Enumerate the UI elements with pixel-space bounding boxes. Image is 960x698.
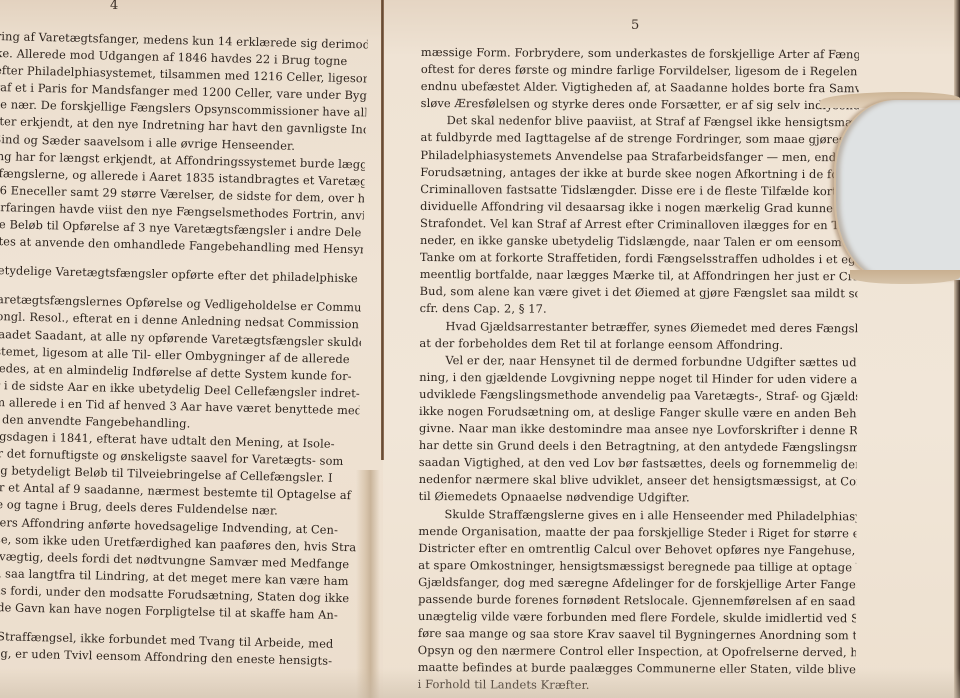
text-line: mende Organisation, maatte der paa forsk… bbox=[418, 523, 856, 542]
right-page-text: mæssige Form. Forbrydere, som underkaste… bbox=[418, 44, 859, 696]
text-line: at der forbeholdes dem Ret til at forlan… bbox=[419, 335, 857, 354]
text-line: dividuelle Affondring vil desaarsag ikke… bbox=[420, 198, 858, 217]
text-line: at fuldbyrde med Iagttagelse af de stren… bbox=[420, 129, 858, 148]
text-line: ning, i den gjældende Lovgivning neppe n… bbox=[419, 369, 857, 388]
text-line: Criminalloven fastsatte Tidslængder. Dis… bbox=[420, 181, 858, 200]
text-line: cfr. dens Cap. 2, § 17. bbox=[420, 300, 858, 319]
book-spread: 4 ring af Varetægtsfanger, medens kun 14… bbox=[0, 0, 960, 698]
text-line: Districter efter en omtrentlig Calcul ov… bbox=[418, 540, 856, 559]
text-line: Philadelphiasystemets Anvendelse paa Str… bbox=[420, 147, 858, 166]
bottom-shadow bbox=[0, 668, 960, 698]
torn-spine-edge bbox=[356, 470, 380, 698]
page-number-left: 4 bbox=[110, 0, 118, 13]
text-line: Skulde Straffængslerne gives en i alle H… bbox=[418, 506, 856, 525]
torn-paper-hole bbox=[836, 100, 960, 280]
text-line: Forudsætning, antages der ikke at burde … bbox=[420, 164, 858, 183]
left-page: 4 ring af Varetægtsfanger, medens kun 14… bbox=[0, 0, 383, 698]
spine-gutter bbox=[381, 0, 384, 460]
page-number-right: 5 bbox=[631, 18, 639, 33]
left-page-text: ring af Varetægtsfanger, medens kun 14 e… bbox=[0, 28, 368, 671]
text-line: til Øiemedets Opnaaelse nødvendige Udgif… bbox=[419, 488, 857, 507]
text-line: Hvad Gjældsarrestanter betræffer, synes … bbox=[419, 317, 857, 336]
text-line: Vel er der, naar Hensynet til de dermed … bbox=[419, 352, 857, 371]
text-line: at spare Omkostninger, hensigtsmæssigst … bbox=[418, 557, 856, 576]
torn-hole-bottom-edge bbox=[850, 270, 960, 284]
